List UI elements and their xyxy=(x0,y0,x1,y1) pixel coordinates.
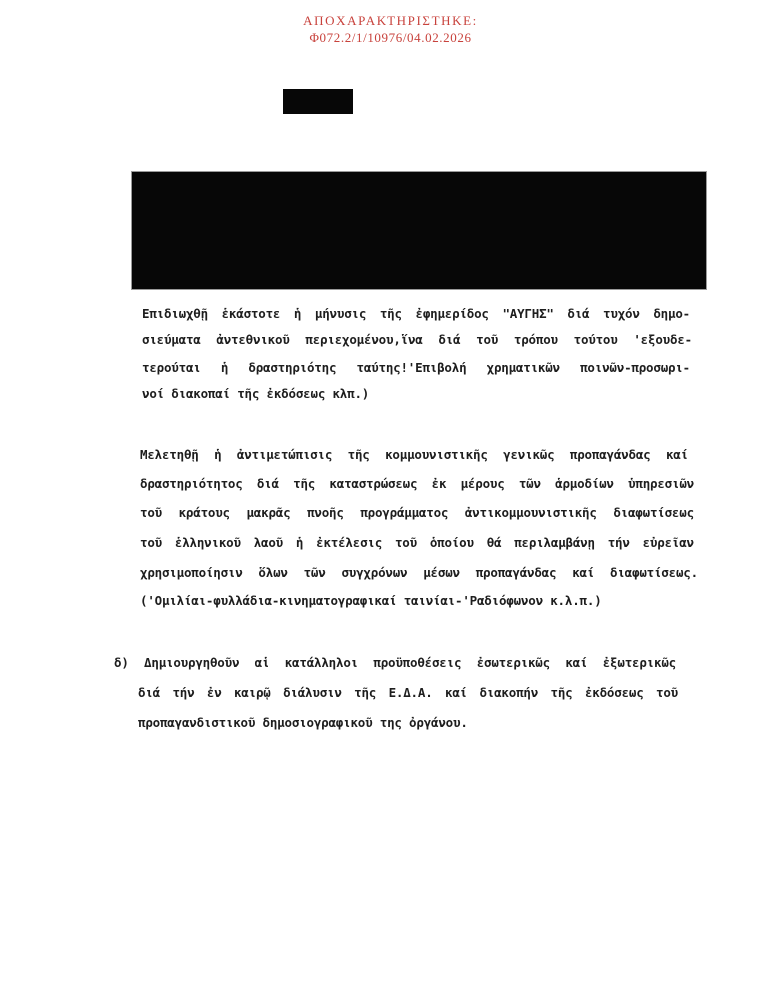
stamp-reference: Φ072.2/1/10976/04.02.2026 xyxy=(0,29,781,46)
text-line: διάτήνἐνκαιρῷδιάλυσιντῆςΕ.Δ.Α.καίδιακοπή… xyxy=(138,685,678,700)
text-line: νοί διακοπαί τῆς ἐκδόσεως κλπ.) xyxy=(142,386,369,401)
text-line: τοῦκράτουςμακρᾶςπνοῆςπρογράμματοςἀντικομ… xyxy=(140,505,694,520)
text-line: σιεύματαἀντεθνικοῦπεριεχομένου,ἵναδιάτοῦ… xyxy=(142,332,692,347)
text-line: χρησιμοποίησινὅλωντῶνσυγχρόνωνμέσωνπροπα… xyxy=(140,565,698,580)
text-line: ('Ομιλίαι-φυλλάδια-κινηματογραφικαί ταιν… xyxy=(140,593,602,608)
stamp-title: ΑΠΟΧΑΡΑΚΤΗΡΙΣΤΗΚΕ: xyxy=(0,12,781,29)
redaction-box-block xyxy=(132,172,706,289)
text-line: Μελετηθῇἡἀντιμετώπισιςτῆςκομμουνιστικῆςγ… xyxy=(140,447,688,462)
redaction-box-heading xyxy=(283,89,353,114)
text-line: δ)Δημιουργηθοῦναἱκατάλληλοιπροϋποθέσειςἐ… xyxy=(114,655,676,670)
text-line: τοῦἑλληνικοῦλαοῦἡἐκτέλεσιςτοῦὁποίουθάπερ… xyxy=(140,535,694,550)
text-line: προπαγανδιστικοῦ δημοσιογραφικοῦ της ὀργ… xyxy=(138,715,468,730)
text-line: δραστηριότητοςδιάτῆςκαταστρώσεωςἐκμέρους… xyxy=(140,476,694,491)
text-line: Επιδιωχθῇἑκάστοτεἡμήνυσιςτῆςἐφημερίδος"Α… xyxy=(142,306,690,321)
declassification-stamp: ΑΠΟΧΑΡΑΚΤΗΡΙΣΤΗΚΕ: Φ072.2/1/10976/04.02.… xyxy=(0,12,781,46)
text-line: τερούταιἡδραστηριότηςταύτης!'Επιβολήχρημ… xyxy=(142,360,690,375)
